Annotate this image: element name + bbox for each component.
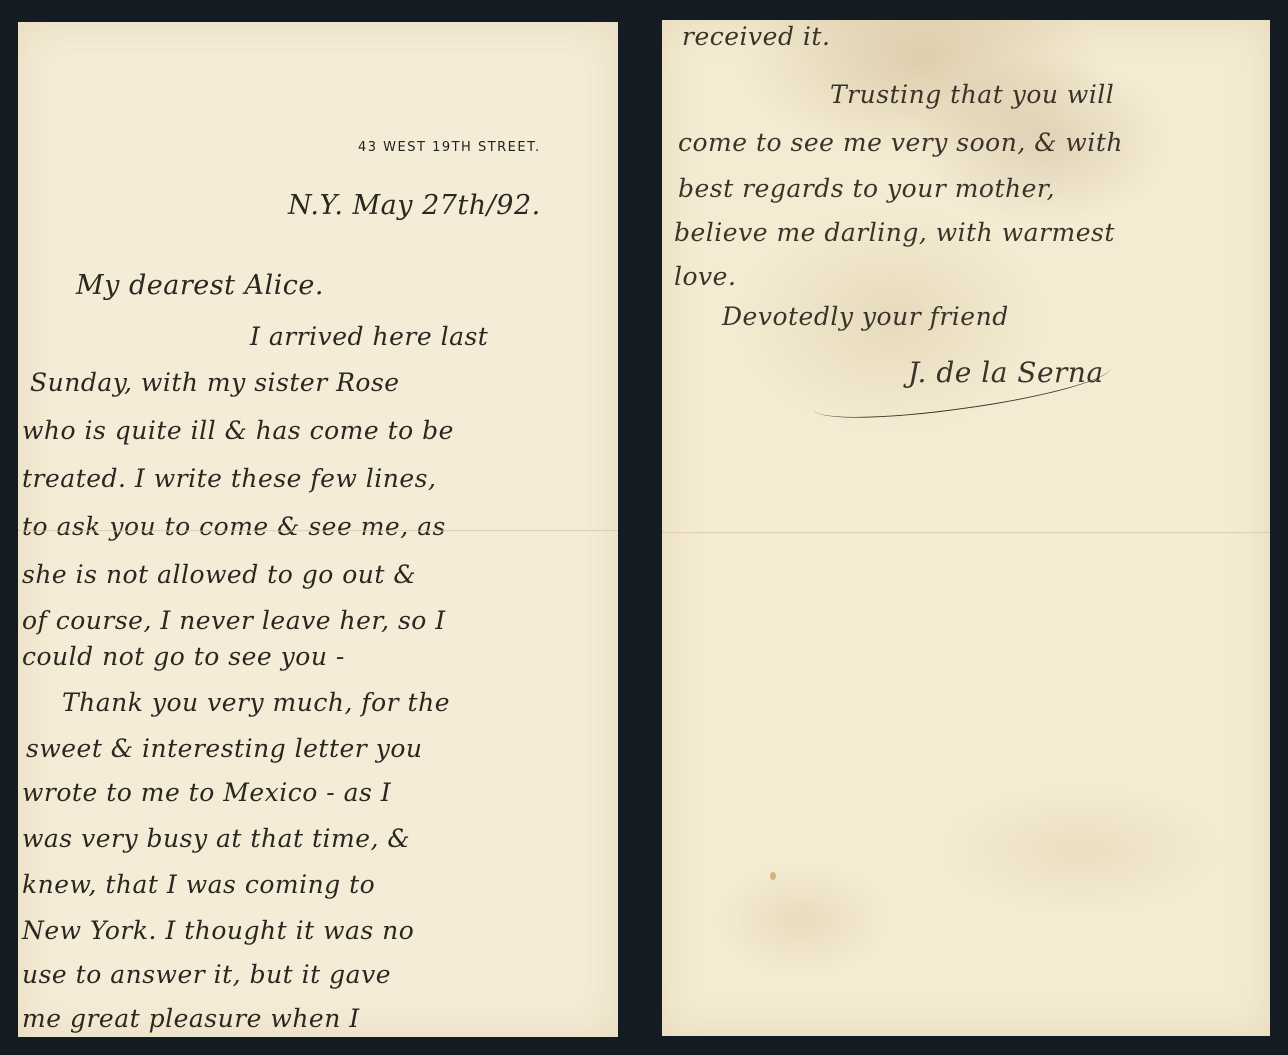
body-line: to ask you to come & see me, as [22,512,446,541]
body-line: best regards to your mother, [678,174,1055,203]
letterhead-address: 43 WEST 19TH STREET. [358,140,541,155]
salutation: My dearest Alice. [76,270,324,301]
body-line: I arrived here last [250,322,488,351]
body-line: New York. I thought it was no [22,916,414,945]
body-line: knew, that I was coming to [22,870,375,899]
body-line: Sunday, with my sister Rose [30,368,400,397]
body-line: of course, I never leave her, so I [22,606,446,635]
fold-crease [662,532,1270,534]
body-line: believe me darling, with warmest [674,218,1115,247]
body-line: Trusting that you will [830,80,1114,109]
body-line: sweet & interesting letter you [26,734,422,763]
body-line: she is not allowed to go out & [22,560,416,589]
body-line: use to answer it, but it gave [22,960,391,989]
body-line: who is quite ill & has come to be [22,416,454,445]
body-line: Thank you very much, for the [62,688,450,717]
closing: Devotedly your friend [722,302,1009,331]
body-line: me great pleasure when I [22,1004,360,1033]
body-line: wrote to me to Mexico - as I [22,778,391,807]
body-line: come to see me very soon, & with [678,128,1123,157]
body-line: treated. I write these few lines, [22,464,436,493]
body-line: love. [674,262,736,291]
letter-page-right: received it. Trusting that you will come… [662,20,1270,1036]
date-line: N.Y. May 27th/92. [288,190,541,221]
body-line: was very busy at that time, & [22,824,410,853]
body-line: could not go to see you - [22,642,345,671]
fold-crease [18,530,618,532]
stain-spot [770,872,776,880]
body-line: received it. [682,22,830,51]
letter-page-left: 43 WEST 19TH STREET. N.Y. May 27th/92. M… [18,22,618,1037]
